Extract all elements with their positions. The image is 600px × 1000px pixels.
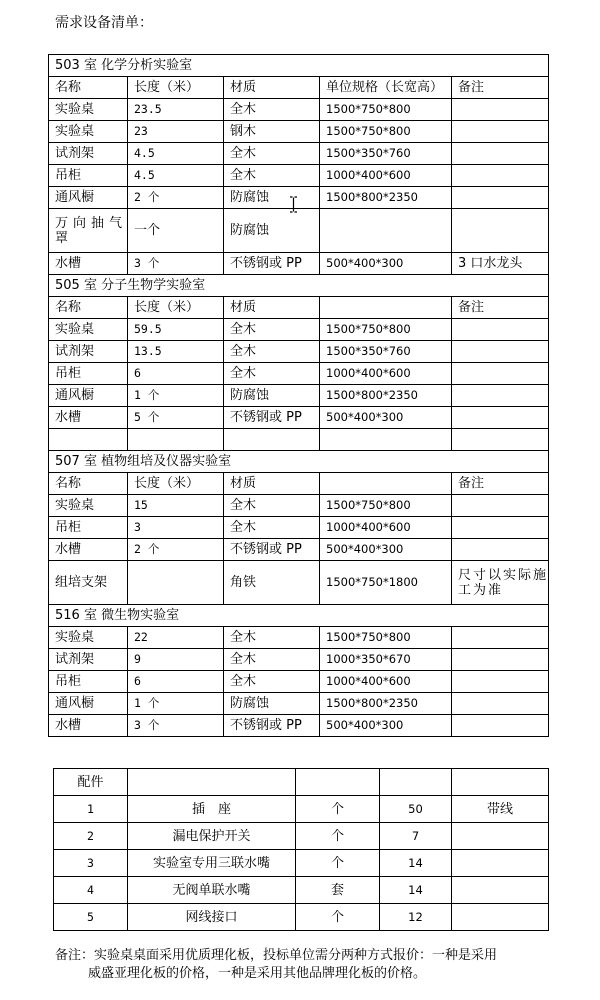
col-header-remark: 备注 [452, 77, 549, 99]
cell-name: 吊柜 [49, 165, 128, 187]
cell-material: 全木 [224, 341, 320, 363]
cell-index: 5 [54, 904, 128, 931]
col-header-length: 长度（米） [128, 77, 224, 99]
cell-name: 实验桌 [49, 495, 128, 517]
table-row: 通风橱 2 个 防腐蚀 1500*800*2350 [49, 187, 549, 209]
cell-remark [452, 99, 549, 121]
cell-length: 9 [128, 649, 224, 671]
cell-material: 不锈钢或 PP [224, 539, 320, 561]
table-row: 2 漏电保护开关 个 7 [54, 823, 549, 850]
col-header-length: 长度（米） [128, 473, 224, 495]
table-row: 1 插 座 个 50 带线 [54, 796, 549, 823]
cell-name: 水槽 [49, 539, 128, 561]
cell-unit: 个 [296, 823, 380, 850]
cell-empty [452, 429, 549, 451]
room-title: 505 室 分子生物学实验室 [49, 275, 549, 297]
cell-length: 4.5 [128, 165, 224, 187]
col-header-remark [452, 769, 549, 796]
cell-remark: 尺寸以实际施工为准 [452, 561, 549, 605]
cell-name: 试剂架 [49, 143, 128, 165]
col-header-item [128, 769, 296, 796]
cell-remark [452, 715, 549, 737]
cell-name: 水槽 [49, 715, 128, 737]
header-row: 名称 长度（米） 材质 单位规格（长宽高） 备注 [49, 77, 549, 99]
col-header-material: 材质 [224, 77, 320, 99]
table-row: 3 实验室专用三联水嘴 个 14 [54, 850, 549, 877]
cell-spec: 1500*750*800 [320, 495, 452, 517]
table-row: 实验桌 15 全木 1500*750*800 [49, 495, 549, 517]
cell-spec: 1000*400*600 [320, 517, 452, 539]
cell-name: 实验桌 [49, 99, 128, 121]
table-row: 万向抽气罩 一个 防腐蚀 [49, 209, 549, 253]
col-header-material: 材质 [224, 473, 320, 495]
cell-length: 2 个 [128, 187, 224, 209]
cell-remark: 带线 [452, 796, 549, 823]
col-header-unit [296, 769, 380, 796]
cell-index: 4 [54, 877, 128, 904]
cell-qty: 12 [380, 904, 452, 931]
cell-spec [320, 209, 452, 253]
col-header-material: 材质 [224, 297, 320, 319]
cell-remark [452, 363, 549, 385]
cell-material: 全木 [224, 671, 320, 693]
text-cursor-icon [289, 196, 298, 213]
cell-remark [452, 121, 549, 143]
cell-unit: 个 [296, 904, 380, 931]
room-title-row: 507 室 植物组培及仪器实验室 [49, 451, 549, 473]
col-header-name: 名称 [49, 77, 128, 99]
table-row: 实验桌 23.5 全木 1500*750*800 [49, 99, 549, 121]
cell-empty [49, 429, 128, 451]
table-row: 实验桌 23 钢木 1500*750*800 [49, 121, 549, 143]
cell-name: 试剂架 [49, 341, 128, 363]
cell-remark [452, 165, 549, 187]
cell-remark: 3 口水龙头 [452, 253, 549, 275]
cell-material: 全木 [224, 143, 320, 165]
cell-index: 1 [54, 796, 128, 823]
cell-spec: 1500*800*2350 [320, 693, 452, 715]
cell-remark [452, 143, 549, 165]
cell-qty: 14 [380, 877, 452, 904]
cell-remark [452, 407, 549, 429]
cell-length: 6 [128, 363, 224, 385]
cell-spec: 1500*750*1800 [320, 561, 452, 605]
table-row: 试剂架 13.5 全木 1500*350*760 [49, 341, 549, 363]
cell-name: 通风橱 [49, 187, 128, 209]
cell-spec: 1500*750*800 [320, 99, 452, 121]
document-heading: 需求设备清单： [55, 12, 153, 32]
cell-name: 水槽 [49, 407, 128, 429]
cell-material: 不锈钢或 PP [224, 715, 320, 737]
cell-length: 23.5 [128, 99, 224, 121]
room-title-row: 503 室 化学分析实验室 [49, 55, 549, 77]
accessories-table: 配件 1 插 座 个 50 带线 2 漏电保护开关 个 7 3 实验室专用三联水… [53, 768, 549, 931]
cell-material: 不锈钢或 PP [224, 407, 320, 429]
cell-spec: 500*400*300 [320, 407, 452, 429]
cell-name: 吊柜 [49, 363, 128, 385]
cell-name: 试剂架 [49, 649, 128, 671]
cell-qty: 14 [380, 850, 452, 877]
cell-length: 2 个 [128, 539, 224, 561]
cell-spec: 1000*400*600 [320, 165, 452, 187]
cell-material: 防腐蚀 [224, 209, 320, 253]
cell-spec: 1500*350*760 [320, 341, 452, 363]
cell-length: 5 个 [128, 407, 224, 429]
cell-remark [452, 649, 549, 671]
cell-spec: 1500*750*800 [320, 627, 452, 649]
cell-material: 防腐蚀 [224, 385, 320, 407]
col-header-remark: 备注 [452, 473, 549, 495]
col-header-spec: 单位规格（长宽高） [320, 77, 452, 99]
cell-spec: 1500*350*760 [320, 143, 452, 165]
cell-remark [452, 877, 549, 904]
cell-spec: 500*400*300 [320, 253, 452, 275]
cell-unit: 套 [296, 877, 380, 904]
cell-name: 通风橱 [49, 385, 128, 407]
cell-remark [452, 539, 549, 561]
cell-unit: 个 [296, 850, 380, 877]
cell-item: 漏电保护开关 [128, 823, 296, 850]
table-row: 吊柜 6 全木 1000*400*600 [49, 363, 549, 385]
cell-item: 实验室专用三联水嘴 [128, 850, 296, 877]
cell-remark [452, 693, 549, 715]
cell-spec: 1500*750*800 [320, 319, 452, 341]
col-header-remark: 备注 [452, 297, 549, 319]
cell-name: 实验桌 [49, 121, 128, 143]
room-title: 507 室 植物组培及仪器实验室 [49, 451, 549, 473]
cell-item: 插 座 [128, 796, 296, 823]
table-row: 吊柜 3 全木 1000*400*600 [49, 517, 549, 539]
cell-qty: 50 [380, 796, 452, 823]
table-row: 水槽 3 个 不锈钢或 PP 500*400*300 3 口水龙头 [49, 253, 549, 275]
remark-note: 备注：实验桌桌面采用优质理化板，投标单位需分两种方式报价：一种是采用 威盛亚理化… [55, 947, 545, 983]
header-row: 名称 长度（米） 材质 备注 [49, 473, 549, 495]
col-header-spec [320, 297, 452, 319]
table-row: 试剂架 9 全木 1000*350*670 [49, 649, 549, 671]
cell-material: 防腐蚀 [224, 693, 320, 715]
cell-spec: 1000*400*600 [320, 671, 452, 693]
cell-name: 实验桌 [49, 627, 128, 649]
table-row: 通风橱 1 个 防腐蚀 1500*800*2350 [49, 693, 549, 715]
cell-length [128, 561, 224, 605]
cell-material: 全木 [224, 627, 320, 649]
col-header-name: 名称 [49, 473, 128, 495]
col-header-accessory: 配件 [54, 769, 128, 796]
cell-material: 全木 [224, 319, 320, 341]
cell-spec: 1500*800*2350 [320, 187, 452, 209]
cell-unit: 个 [296, 796, 380, 823]
cell-length: 22 [128, 627, 224, 649]
table-row: 组培支架 角铁 1500*750*1800 尺寸以实际施工为准 [49, 561, 549, 605]
cell-length: 13.5 [128, 341, 224, 363]
cell-remark [452, 904, 549, 931]
table-row: 实验桌 22 全木 1500*750*800 [49, 627, 549, 649]
cell-remark [452, 385, 549, 407]
room-title: 503 室 化学分析实验室 [49, 55, 549, 77]
cell-remark [452, 319, 549, 341]
room-title-row: 505 室 分子生物学实验室 [49, 275, 549, 297]
cell-empty [320, 429, 452, 451]
cell-length: 1 个 [128, 385, 224, 407]
table-row: 试剂架 4.5 全木 1500*350*760 [49, 143, 549, 165]
cell-spec: 1500*750*800 [320, 121, 452, 143]
cell-length: 15 [128, 495, 224, 517]
cell-material: 全木 [224, 649, 320, 671]
cell-length: 6 [128, 671, 224, 693]
cell-material: 钢木 [224, 121, 320, 143]
cell-length: 23 [128, 121, 224, 143]
cell-spec: 500*400*300 [320, 715, 452, 737]
room-title: 516 室 微生物实验室 [49, 605, 549, 627]
cell-spec: 1000*400*600 [320, 363, 452, 385]
cell-index: 2 [54, 823, 128, 850]
col-header-qty [380, 769, 452, 796]
table-row: 通风橱 1 个 防腐蚀 1500*800*2350 [49, 385, 549, 407]
cell-material: 全木 [224, 99, 320, 121]
cell-material: 全木 [224, 517, 320, 539]
cell-spec: 500*400*300 [320, 539, 452, 561]
col-header-spec [320, 473, 452, 495]
remark-line-2: 威盛亚理化板的价格，一种是采用其他品牌理化板的价格。 [55, 965, 545, 983]
cell-length: 3 个 [128, 715, 224, 737]
cell-material: 全木 [224, 363, 320, 385]
cell-length: 4.5 [128, 143, 224, 165]
cell-empty [224, 429, 320, 451]
cell-material: 全木 [224, 165, 320, 187]
table-row: 吊柜 4.5 全木 1000*400*600 [49, 165, 549, 187]
cell-name: 通风橱 [49, 693, 128, 715]
header-row: 名称 长度（米） 材质 备注 [49, 297, 549, 319]
cell-name: 组培支架 [49, 561, 128, 605]
cell-remark [452, 209, 549, 253]
cell-remark [452, 671, 549, 693]
equipment-table: 503 室 化学分析实验室 名称 长度（米） 材质 单位规格（长宽高） 备注 实… [48, 54, 549, 737]
col-header-name: 名称 [49, 297, 128, 319]
cell-index: 3 [54, 850, 128, 877]
cell-name: 吊柜 [49, 671, 128, 693]
table-row: 水槽 3 个 不锈钢或 PP 500*400*300 [49, 715, 549, 737]
cell-remark [452, 627, 549, 649]
cell-length: 3 [128, 517, 224, 539]
cell-length: 3 个 [128, 253, 224, 275]
cell-item: 无阀单联水嘴 [128, 877, 296, 904]
cell-length: 59.5 [128, 319, 224, 341]
cell-qty: 7 [380, 823, 452, 850]
remark-line-1: 备注：实验桌桌面采用优质理化板，投标单位需分两种方式报价：一种是采用 [55, 948, 497, 963]
table-row: 水槽 2 个 不锈钢或 PP 500*400*300 [49, 539, 549, 561]
cell-length: 一个 [128, 209, 224, 253]
cell-material: 全木 [224, 495, 320, 517]
cell-material: 不锈钢或 PP [224, 253, 320, 275]
cell-name: 水槽 [49, 253, 128, 275]
cell-spec: 1000*350*670 [320, 649, 452, 671]
cell-empty [128, 429, 224, 451]
cell-spec: 1500*800*2350 [320, 385, 452, 407]
cell-material: 角铁 [224, 561, 320, 605]
cell-remark [452, 187, 549, 209]
cell-remark [452, 850, 549, 877]
cell-name: 实验桌 [49, 319, 128, 341]
cell-remark [452, 495, 549, 517]
cell-material: 防腐蚀 [224, 187, 320, 209]
cell-name: 万向抽气罩 [49, 209, 128, 253]
cell-remark [452, 341, 549, 363]
col-header-length: 长度（米） [128, 297, 224, 319]
table-row: 水槽 5 个 不锈钢或 PP 500*400*300 [49, 407, 549, 429]
table-row: 5 网线接口 个 12 [54, 904, 549, 931]
room-title-row: 516 室 微生物实验室 [49, 605, 549, 627]
table-row: 吊柜 6 全木 1000*400*600 [49, 671, 549, 693]
table-row: 4 无阀单联水嘴 套 14 [54, 877, 549, 904]
header-row: 配件 [54, 769, 549, 796]
cell-remark [452, 823, 549, 850]
table-row: 实验桌 59.5 全木 1500*750*800 [49, 319, 549, 341]
cell-name: 吊柜 [49, 517, 128, 539]
cell-remark [452, 517, 549, 539]
cell-length: 1 个 [128, 693, 224, 715]
cell-item: 网线接口 [128, 904, 296, 931]
empty-row [49, 429, 549, 451]
